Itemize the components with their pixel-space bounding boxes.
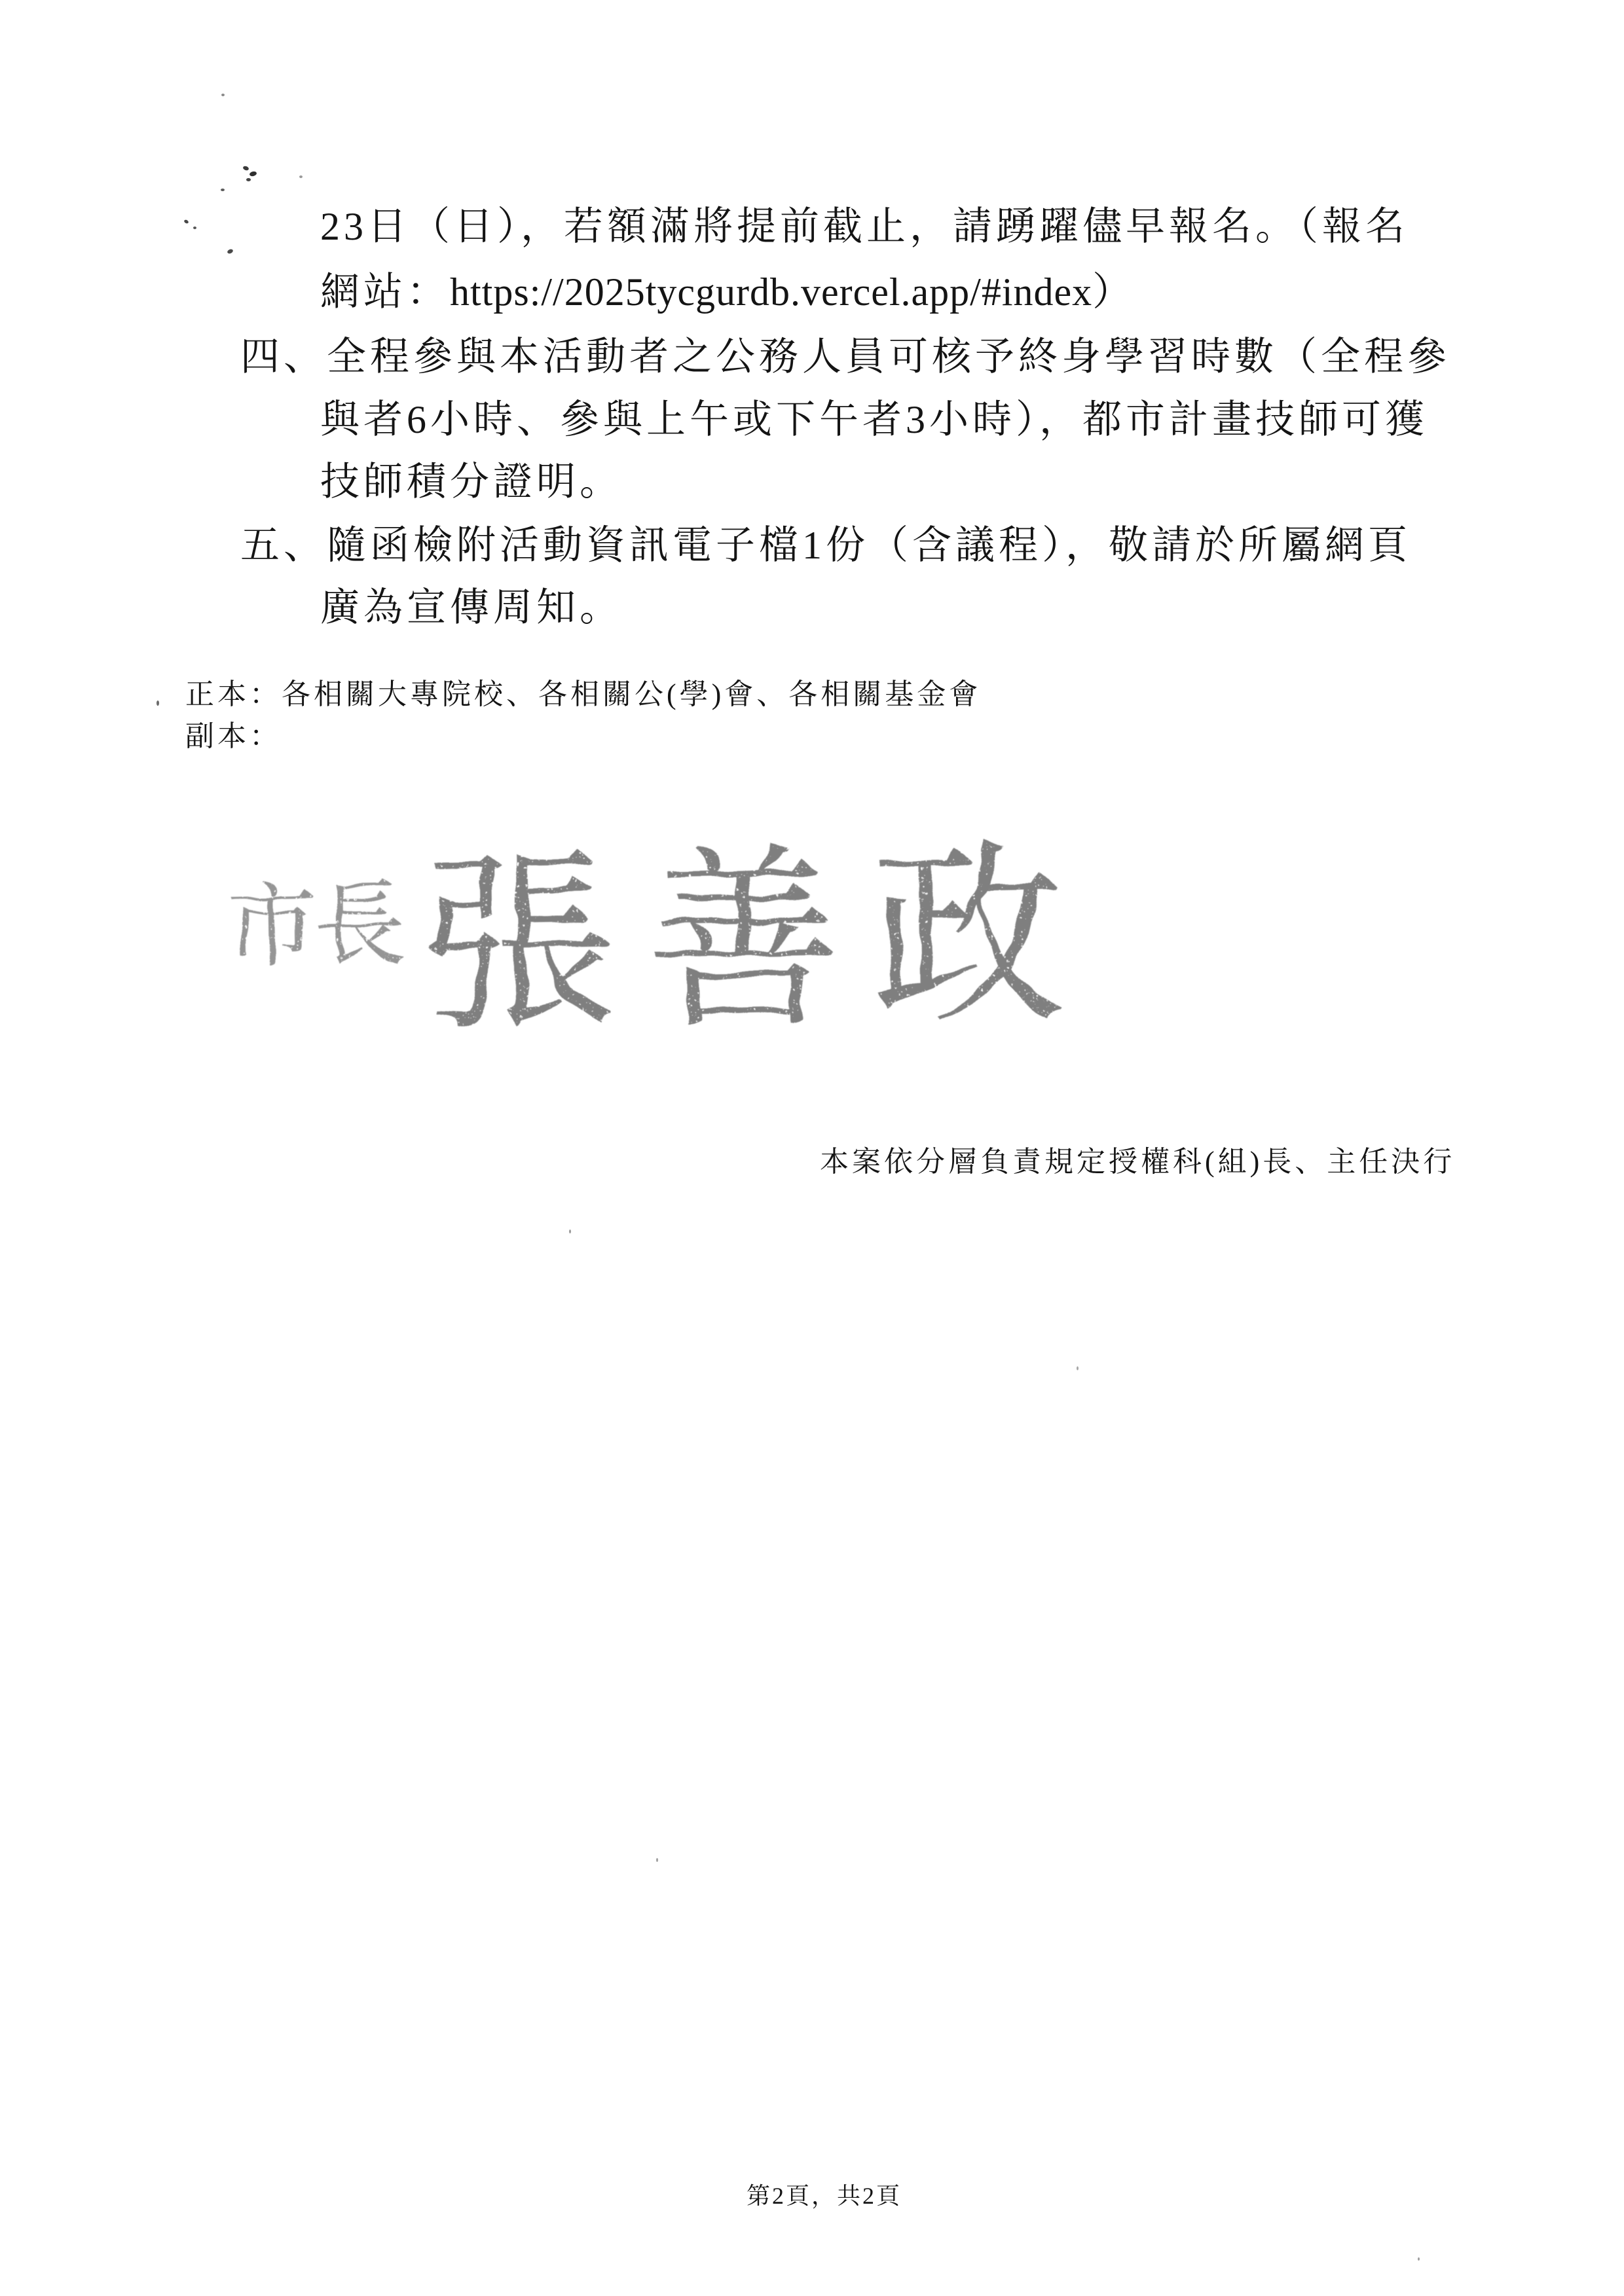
stamp-name-text: 張善政 [418, 829, 1098, 1057]
item4-line3: 技師積分證明。 [320, 460, 623, 505]
scan-noise-speck [569, 1230, 571, 1233]
scanned-letter-page: 23日（日），若額滿將提前截止，請踴躍儘早報名。（報名 網站：https://2… [0, 0, 1624, 2296]
item4-line1: 四、全程參與本活動者之公務人員可核予終身學習時數（全程參 [240, 335, 1450, 380]
scan-noise-speck [183, 219, 189, 225]
item5-line2: 廣為宣傳周知。 [320, 585, 623, 630]
original-recipients-line: 正本：各相關大專院校、各相關公(學)會、各相關基金會 [185, 678, 981, 712]
scan-noise-speck [193, 227, 196, 229]
item5-line1: 五、隨函檢附活動資訊電子檔1份（含議程），敬請於所屬網頁 [240, 523, 1411, 568]
scan-noise-speck [249, 171, 257, 177]
item3-continuation-line2: 網站：https://2025tycgurdb.vercel.app/#inde… [320, 270, 1135, 315]
page-number-footer: 第2頁，共2頁 [747, 2183, 902, 2210]
signature-stamp-svg: 市長 張善政 [214, 797, 1135, 1075]
scan-noise-speck [299, 175, 303, 178]
scan-noise-speck [227, 248, 234, 254]
stamp-title-text: 市長 [224, 873, 403, 980]
scan-noise-speck [221, 94, 225, 96]
scan-noise-speck [242, 166, 249, 172]
scan-noise-speck [157, 701, 159, 706]
registration-site-label: 網站： [320, 270, 450, 314]
scan-noise-speck [1418, 2257, 1420, 2261]
delegation-note-line: 本案依分層負責規定授權科(組)長、主任決行 [820, 1146, 1455, 1179]
item4-line2: 與者6小時、參與上午或下午者3小時），都市計畫技師可獲 [320, 397, 1428, 443]
scan-noise-speck [1077, 1366, 1079, 1370]
copy-recipients-line: 副本： [185, 720, 282, 754]
registration-url-text: https://2025tycgurdb.vercel.app/#index [450, 270, 1092, 314]
scan-noise-speck [246, 178, 251, 181]
closing-paren: ） [1092, 270, 1135, 314]
item3-continuation-line1: 23日（日），若額滿將提前截止，請踴躍儘早報名。（報名 [320, 204, 1409, 249]
mayor-signature-stamp: 市長 張善政 [214, 797, 1135, 1075]
scan-noise-speck [656, 1858, 658, 1862]
scan-noise-speck [221, 189, 225, 191]
